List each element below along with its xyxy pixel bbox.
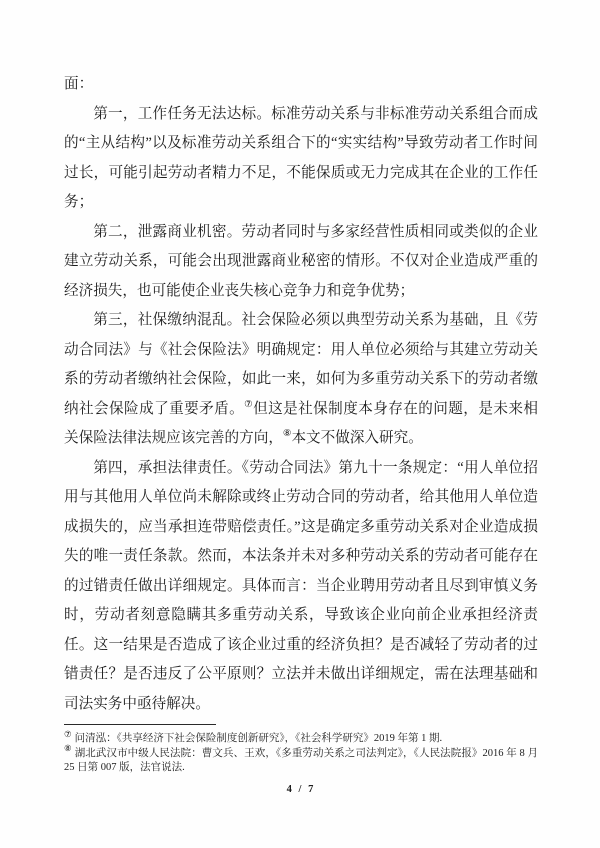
footnote-marker-7: ⑦ bbox=[64, 729, 72, 739]
footnote-7: ⑦问清泓：《共享经济下社会保险制度创新研究》，《社会科学研究》2019 年第 1… bbox=[64, 732, 538, 747]
footnote-marker-8: ⑧ bbox=[64, 743, 72, 753]
paragraph-2: 第二，泄露商业机密。劳动者同时与多家经营性质相同或类似的企业建立劳动关系，可能会… bbox=[64, 218, 538, 307]
continuation-line: 面： bbox=[64, 70, 538, 100]
paragraph-3-text-c: 本文不做深入研究。 bbox=[291, 430, 422, 446]
footnote-8: ⑧湖北武汉市中级人民法院：曹文兵、王欢，《多重劳动关系之司法判定》，《人民法院报… bbox=[64, 747, 538, 776]
footnote-7-text: 问清泓：《共享经济下社会保险制度创新研究》，《社会科学研究》2019 年第 1 … bbox=[75, 733, 443, 744]
paragraph-3: 第三，社保缴纳混乱。社会保险必须以典型劳动关系为基础，且《劳动合同法》与《社会保… bbox=[64, 306, 538, 454]
footnote-8-text: 湖北武汉市中级人民法院：曹文兵、王欢，《多重劳动关系之司法判定》，《人民法院报》… bbox=[64, 748, 538, 774]
footnote-separator bbox=[64, 724, 216, 725]
footnote-ref-7: ⑦ bbox=[244, 400, 253, 410]
page-number: 4 / 7 bbox=[64, 783, 538, 798]
body-text: 面： 第一，工作任务无法达标。标准劳动关系与非标准劳动关系组合而成的“主从结构”… bbox=[64, 70, 538, 719]
paragraph-4: 第四，承担法律责任。《劳动合同法》第九十一条规定：“用人单位招用与其他用人单位尚… bbox=[64, 454, 538, 720]
document-page: 面： 第一，工作任务无法达标。标准劳动关系与非标准劳动关系组合而成的“主从结构”… bbox=[0, 0, 600, 848]
paragraph-1: 第一，工作任务无法达标。标准劳动关系与非标准劳动关系组合而成的“主从结构”以及标… bbox=[64, 100, 538, 218]
footnote-area: ⑦问清泓：《共享经济下社会保险制度创新研究》，《社会科学研究》2019 年第 1… bbox=[64, 724, 538, 797]
